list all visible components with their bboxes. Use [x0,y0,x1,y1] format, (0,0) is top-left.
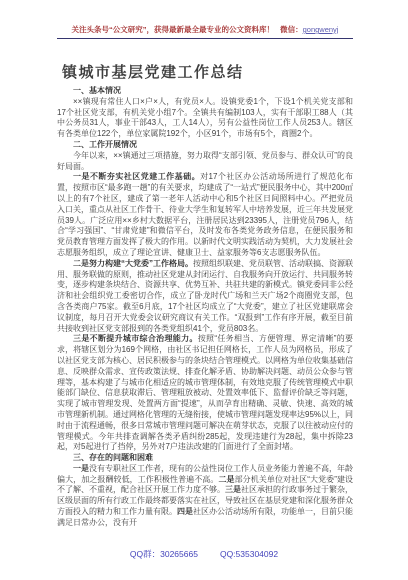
header-notice-text: 关注头条号“公文研究”，获得最新最全最专业的公文资料库！ [72,25,275,34]
text-run: 三、存在的问题和困难 [73,453,153,462]
text-run: 三是不断提升城市综合治理能力。 [73,334,198,343]
text-run: 四是 [177,507,193,516]
paragraph: 今年以来，××镇通过三项措施，努力取得“支部引领、党员参与、群众认可”的良好局面… [57,151,353,173]
text-run: 二、工作开展情况 [73,140,137,149]
text-run: 三是 [225,485,241,494]
document-body: 一、基本情况××镇现有常住人口×户×人，有党员×人。设镇党委1个，下设1个机关党… [57,86,353,529]
paragraph: 一是没有专职社区工作者，现有的公益性岗位工作人员业务能力普遍不高，年龄偏大，加之… [57,464,353,529]
text-run: 按照“任务相当、方便管理、界定清晰”的要求，将辖区划分为169个网格，由社区书记… [57,334,353,451]
text-run: 一、基本情况 [73,86,121,95]
section-heading: 一、基本情况 [57,86,353,97]
paragraph: 三是不断提升城市综合治理能力。按照“任务相当、方便管理、界定清晰”的要求，将辖区… [57,334,353,453]
footer-qq-number: QQ:535304092 [220,549,278,559]
section-heading: 三、存在的问题和困难 [57,453,353,464]
header-wechat-id: gongwenyj [303,25,339,34]
header-wechat-label: 微信： [280,25,303,34]
document-page: 关注头条号“公文研究”，获得最新最全最专业的公文资料库！ 微信：gongweny… [0,0,408,580]
text-run: 今年以来，××镇通过三项措施，努力取得“支部引领、党员参与、群众认可”的良好局面… [57,151,353,171]
text-run: 按照组织联建、党员联管、活动联搞、资源联用、服务联做的原则，推动社区党建从封闭运… [57,259,353,333]
section-heading: 二、工作开展情况 [57,140,353,151]
text-run: 对17个社区办公活动场所进行了规范化布置，按照市区“最多跑一趟”的有关要求，均建… [57,172,353,257]
paragraph: 一是不断夯实社区党建工作基础。对17个社区办公活动场所进行了规范化布置，按照市区… [57,172,353,258]
document-title: 镇城市基层党建工作总结 [62,61,244,82]
text-run: 二是 [218,475,234,484]
text-run: 二是努力构建“大党委”工作格局。 [73,259,193,268]
paragraph: 二是努力构建“大党委”工作格局。按照组织联建、党员联管、活动联搞、资源联用、服务… [57,259,353,335]
footer-qq-group: QQ群：30265665 [130,549,198,559]
document-header: 关注头条号“公文研究”，获得最新最全最专业的公文资料库！ 微信：gongweny… [57,25,353,39]
text-run: 一是不断夯实社区党建工作基础。 [73,172,200,181]
text-run: 一是 [73,464,89,473]
paragraph: ××镇现有常住人口×户×人，有党员×人。设镇党委1个，下设1个机关党支部和17个… [57,97,353,140]
text-run: ××镇现有常住人口×户×人，有党员×人。设镇党委1个，下设1个机关党支部和17个… [57,97,353,138]
document-footer: QQ群：30265665QQ:535304092 [0,548,408,560]
